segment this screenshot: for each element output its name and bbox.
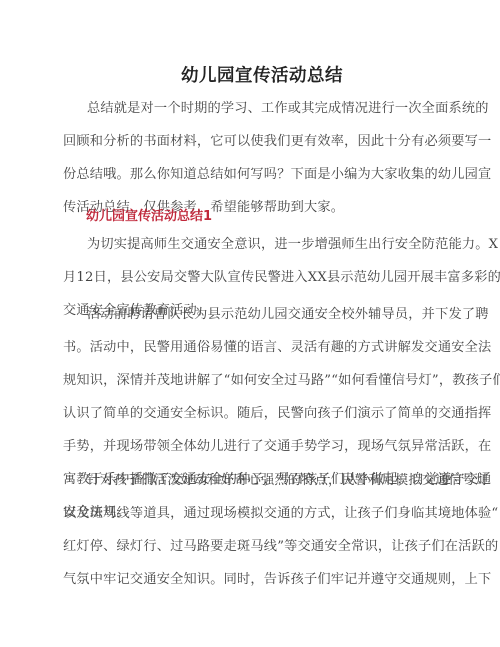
text-line: 以及斑马线等道具，通过现场模拟交通的方式，让孩子们身临其境地体验“ — [63, 497, 441, 530]
document-title: 幼儿园宣传活动总结 — [0, 62, 500, 87]
text-line: 份总结哦。那么你知道总结如何写吗？下面是小编为大家收集的幼儿园宣 — [63, 158, 441, 191]
text-line: 针对孩子们活泼好动和好奇心强烈的特点，民警利用模拟交通信号灯 — [63, 464, 441, 497]
text-line: 气氛中牢记交通安全知识。同时，告诉孩子们牢记并遵守交通规则，上下 — [63, 563, 441, 596]
text-line: 活动前聘请曹队长为县示范幼儿园交通安全校外辅导员，并下发了聘 — [63, 298, 441, 331]
text-line: 回顾和分析的书面材料，它可以使我们更有效率，因此十分有必须要写一 — [63, 125, 441, 158]
text-line: 为切实提高师生交通安全意识，进一步增强师生出行安全防范能力。X — [63, 228, 441, 261]
text-line: 书。活动中，民警用通俗易懂的语言、灵活有趣的方式讲解发交通安全法 — [63, 331, 441, 364]
text-line: 月12日，县公安局交警大队宣传民警进入XX县示范幼儿园开展丰富多彩的 — [63, 261, 441, 294]
text-line: 规知识，深情并茂地讲解了“如何安全过马路”“如何看懂信号灯”，教孩子们 — [63, 364, 441, 397]
document-page: 幼儿园宣传活动总结 总结就是对一个时期的学习、工作或其完成情况进行一次全面系统的… — [0, 0, 500, 647]
text-line: 手势，并现场带领全体幼儿进行了交通手势学习，现场气氛异常活跃，在 — [63, 430, 441, 463]
text-line: 认识了简单的交通安全标识。随后，民警向孩子们演示了简单的交通指挥 — [63, 397, 441, 430]
section-heading: 幼儿园宣传活动总结1 — [86, 205, 212, 224]
text-line: 红灯停、绿灯行、过马路要走斑马线”等交通安全常识，让孩子们在活跃的 — [63, 530, 441, 563]
text-line: 总结就是对一个时期的学习、工作或其完成情况进行一次全面系统的 — [63, 92, 441, 125]
body-paragraph-3: 针对孩子们活泼好动和好奇心强烈的特点，民警利用模拟交通信号灯 以及斑马线等道具，… — [63, 464, 441, 596]
